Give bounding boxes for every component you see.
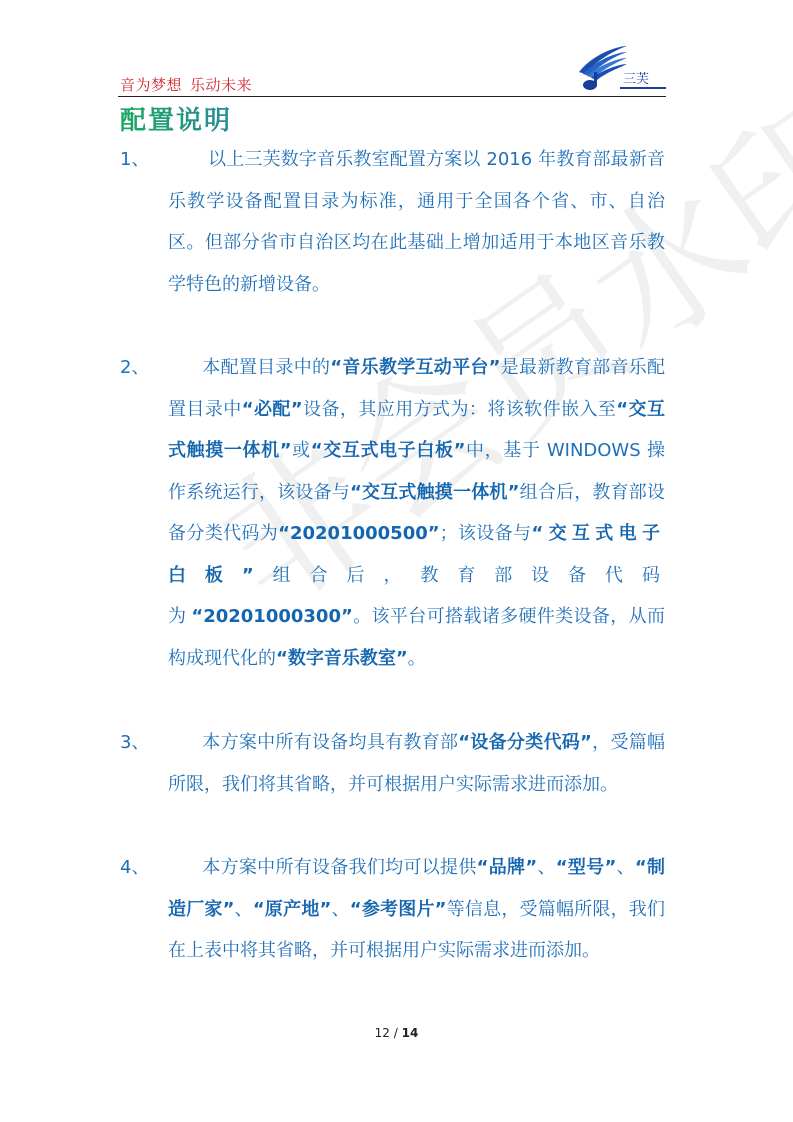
slogan-part-2: 乐动未来 — [190, 76, 252, 94]
list-item-3: 3、 本方案中所有设备均具有教育部“设备分类代码”，受篇幅所限，我们将其省略，并… — [120, 722, 665, 805]
page-total: 14 — [402, 1026, 419, 1040]
sanfu-logo-icon — [575, 42, 667, 92]
item-body: 以上三芙数字音乐教室配置方案以 2016 年教育部最新音乐教学设备配置目录为标准… — [168, 139, 665, 305]
logo-underline — [620, 87, 666, 89]
page-current: 12 — [375, 1026, 390, 1040]
slogan-part-1: 音为梦想 — [120, 76, 182, 94]
item-number: 4、 — [120, 847, 149, 889]
item-body: 本方案中所有设备均具有教育部“设备分类代码”，受篇幅所限，我们将其省略，并可根据… — [168, 722, 665, 805]
list-item-1: 1、 以上三芙数字音乐教室配置方案以 2016 年教育部最新音乐教学设备配置目录… — [120, 139, 665, 305]
item-number: 1、 — [120, 139, 149, 181]
logo-text: 三芙 — [623, 68, 649, 87]
list-item-4: 4、 本方案中所有设备我们均可以提供“品牌”、“型号”、“制造厂家”、“原产地”… — [120, 847, 665, 972]
list-item-2: 2、 本配置目录中的“音乐教学互动平台”是最新教育部音乐配置目录中“必配”设备，… — [120, 347, 665, 679]
item-number: 3、 — [120, 722, 149, 764]
page-separator: / — [394, 1026, 398, 1040]
page-title: 配置说明 — [120, 100, 232, 137]
item-body: 本方案中所有设备我们均可以提供“品牌”、“型号”、“制造厂家”、“原产地”、“参… — [168, 847, 665, 972]
item-body: 本配置目录中的“音乐教学互动平台”是最新教育部音乐配置目录中“必配”设备，其应用… — [168, 347, 665, 679]
item-number: 2、 — [120, 347, 149, 389]
header-divider — [118, 96, 666, 97]
header-slogan: 音为梦想乐动未来 — [120, 74, 252, 95]
page-number: 12 / 14 — [0, 1026, 793, 1040]
